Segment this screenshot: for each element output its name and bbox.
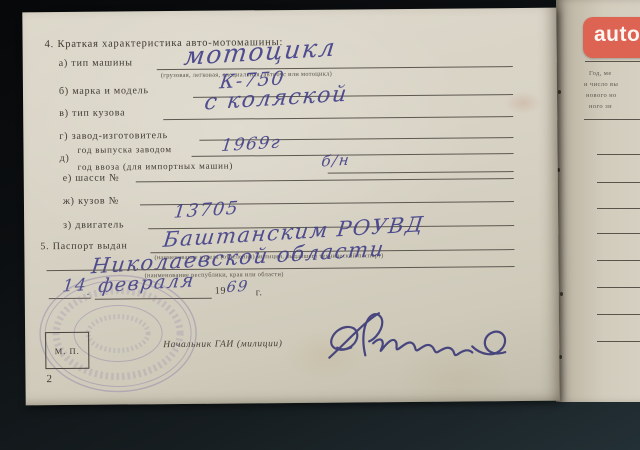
rule-line	[597, 154, 640, 155]
rule-line	[597, 314, 640, 315]
auto-watermark-badge: auto	[583, 17, 640, 58]
date-year-handwriting: 69	[226, 277, 250, 296]
year-import-label: год ввоза (для импортных машин)	[78, 161, 234, 172]
photo-background: auto Год, ме и число вы нового но ного з…	[0, 0, 640, 450]
body-number-label: ж) кузов №	[63, 196, 119, 207]
binding-stitch	[560, 292, 563, 296]
binding-stitch	[558, 90, 561, 94]
brand-label: б) марка и модель	[59, 85, 149, 97]
next-page-edge: auto Год, ме и число вы нового но ного з…	[556, 0, 640, 402]
rule-line	[163, 116, 513, 120]
rule-line	[597, 287, 640, 288]
rule-line	[597, 182, 640, 183]
auto-watermark-label: auto	[594, 23, 640, 47]
rule-line	[597, 341, 640, 342]
chassis-label: е) шасси №	[63, 172, 120, 183]
engine-label: з) двигатель	[63, 219, 124, 231]
signature	[321, 300, 520, 376]
next-page-text: и число вы	[584, 81, 640, 88]
body-type-label: в) тип кузова	[59, 107, 125, 119]
signer-title: Начальник ГАИ (милиции)	[163, 339, 282, 350]
rule-line	[136, 178, 514, 182]
year-made-label: год выпуска заводом	[77, 144, 172, 155]
next-page-text: ного зн	[589, 103, 640, 110]
type-label: а) тип машины	[59, 57, 133, 69]
rule-line	[597, 233, 640, 234]
rule-line	[597, 260, 640, 261]
next-page-text: нового но	[586, 92, 640, 99]
section5-heading: 5. Паспорт выдан	[40, 240, 127, 252]
rule-line	[585, 61, 640, 62]
seal-place-box: М. П.	[45, 332, 89, 369]
rule-line	[328, 171, 514, 174]
rule-line	[584, 119, 640, 120]
document-page: 4. Краткая характеристика авто-мотомашин…	[22, 8, 559, 406]
date-year-suffix: г.	[256, 287, 263, 298]
binding-stitch	[559, 355, 562, 359]
page-number: 2	[46, 373, 52, 385]
year-prefix: д)	[60, 153, 70, 164]
factory-label: г) завод-изготовитель	[59, 130, 168, 142]
year-import-value-handwriting: б/н	[320, 151, 351, 171]
next-page-text: Год, ме	[589, 70, 640, 77]
engine-value-handwriting: 13705	[173, 198, 241, 223]
year-made-value-handwriting: 1969г	[220, 133, 282, 157]
seal-place-label: М. П.	[55, 345, 80, 355]
rule-line	[597, 208, 640, 209]
